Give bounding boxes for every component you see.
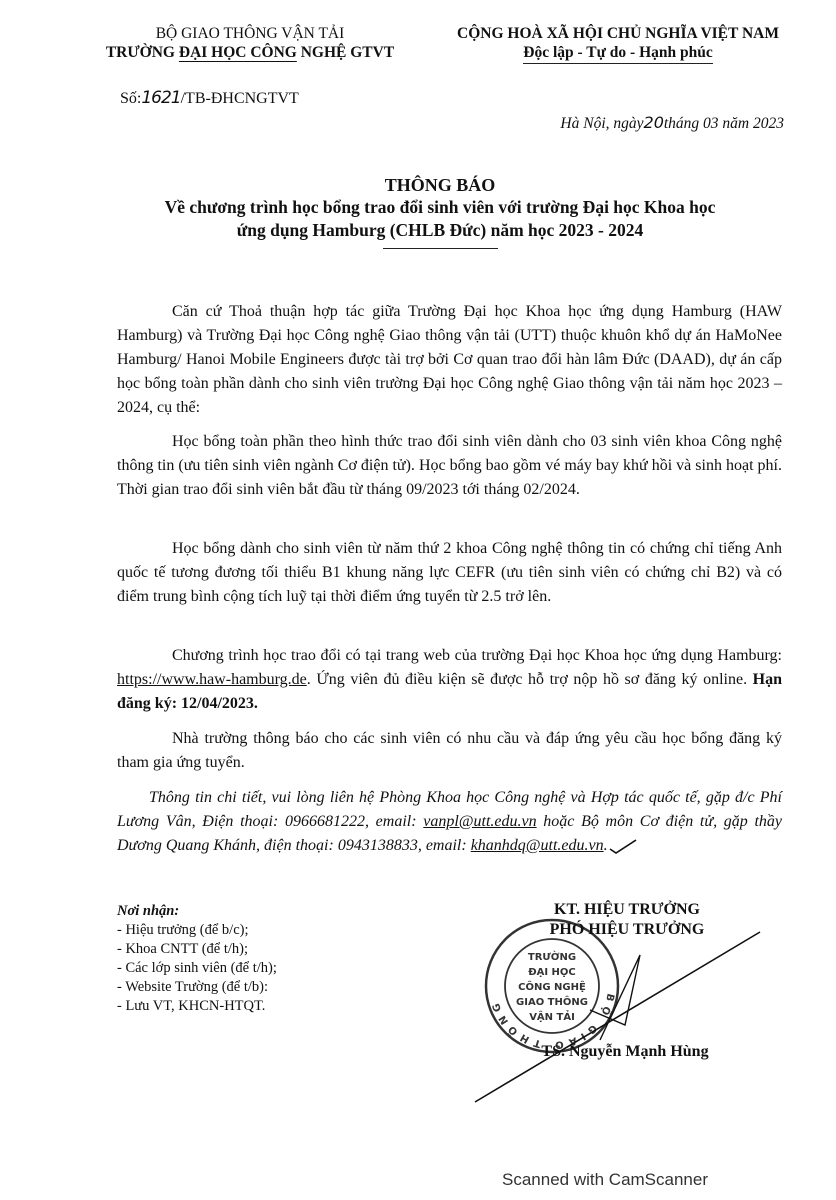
- recipient-item: - Hiệu trưởng (để b/c);: [117, 921, 277, 940]
- checkmark-scribble-icon: [608, 837, 638, 855]
- recipients-list: Nơi nhận: - Hiệu trưởng (để b/c); - Khoa…: [117, 902, 277, 1016]
- recipients-heading: Nơi nhận:: [117, 902, 277, 921]
- issuing-authority: BỘ GIAO THÔNG VẬN TẢI TRƯỜNG ĐẠI HỌC CÔN…: [70, 24, 430, 62]
- paragraph-contact: Thông tin chi tiết, vui lòng liên hệ Phò…: [117, 786, 782, 858]
- signature-line1: KT. HIỆU TRƯỞNG: [492, 900, 762, 920]
- haw-website-link[interactable]: https://www.haw-hamburg.de: [117, 671, 307, 688]
- camscanner-watermark: Scanned with CamScanner: [502, 1170, 708, 1190]
- paragraph-basis: Căn cứ Thoả thuận hợp tác giữa Trường Đạ…: [117, 300, 782, 420]
- handwritten-number: 1621: [141, 88, 180, 108]
- handwritten-day: 20: [644, 113, 664, 132]
- recipient-item: - Website Trường (để t/b):: [117, 978, 277, 997]
- handwritten-signature-icon: [440, 930, 770, 1110]
- document-number: Số:1621/TB-ĐHCNGTVT: [120, 88, 299, 108]
- school-name: TRƯỜNG ĐẠI HỌC CÔNG NGHỆ GTVT: [70, 43, 430, 62]
- paragraph-application: Chương trình học trao đổi có tại trang w…: [117, 644, 782, 716]
- recipient-item: - Khoa CNTT (để t/h);: [117, 940, 277, 959]
- title-subtitle-line1: Về chương trình học bổng trao đổi sinh v…: [80, 196, 800, 219]
- email-link-khanhdq[interactable]: khanhdq@utt.edu.vn: [471, 837, 604, 854]
- paragraph-scholarship-details: Học bổng toàn phần theo hình thức trao đ…: [117, 430, 782, 502]
- recipient-item: - Lưu VT, KHCN-HTQT.: [117, 997, 277, 1016]
- national-header: CỘNG HOÀ XÃ HỘI CHỦ NGHĨA VIỆT NAM Độc l…: [428, 24, 808, 64]
- country-name: CỘNG HOÀ XÃ HỘI CHỦ NGHĨA VIỆT NAM: [428, 24, 808, 43]
- title-divider: [383, 248, 498, 249]
- paragraph-announcement: Nhà trường thông báo cho các sinh viên c…: [117, 727, 782, 775]
- document-date: Hà Nội, ngày20tháng 03 năm 2023: [560, 113, 784, 133]
- title-subtitle-line2: ứng dụng Hamburg (CHLB Đức) năm học 2023…: [80, 219, 800, 242]
- email-link-vanpl[interactable]: vanpl@utt.edu.vn: [423, 813, 536, 830]
- signer-name: TS. Nguyễn Mạnh Hùng: [500, 1043, 750, 1061]
- title-main: THÔNG BÁO: [80, 174, 800, 196]
- document-title: THÔNG BÁO Về chương trình học bổng trao …: [80, 174, 800, 249]
- recipient-item: - Các lớp sinh viên (để t/h);: [117, 959, 277, 978]
- ministry-name: BỘ GIAO THÔNG VẬN TẢI: [70, 24, 430, 43]
- national-motto: Độc lập - Tự do - Hạnh phúc: [523, 43, 712, 64]
- paragraph-eligibility: Học bổng dành cho sinh viên từ năm thứ 2…: [117, 537, 782, 609]
